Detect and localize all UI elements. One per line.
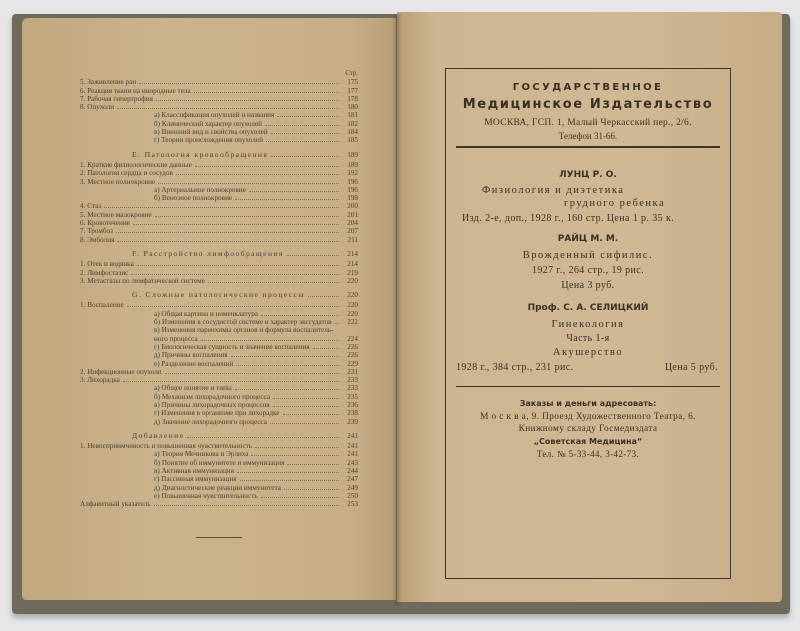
book-author: Проф. С. А. СЕЛИЦКИЙ <box>446 303 730 313</box>
dot-leader <box>240 480 339 481</box>
toc-entry-title: 1. Отек и водянка <box>80 260 134 268</box>
dot-leader <box>195 166 339 167</box>
toc-entry-title: 1. Воспаление <box>80 301 124 309</box>
toc-entry-page: 226 <box>342 351 358 359</box>
toc-entry-page: 220 <box>342 277 358 285</box>
dot-leader <box>273 398 339 399</box>
toc-entry: 3. Лихорадка233 <box>80 376 358 384</box>
dot-leader <box>127 306 339 307</box>
dot-leader <box>287 464 339 465</box>
toc-entry-title: 3. Метастазы по лимфатической системе <box>80 277 205 285</box>
toc-entry-title: в) Причины лихорадочных процессов <box>80 401 270 409</box>
toc-entry-title: 5. Местное малокровие <box>80 211 152 219</box>
page-column-header: Стр. <box>80 70 358 78</box>
dot-leader <box>117 108 339 109</box>
toc-entry-title: б) Клинический характер опухолей <box>80 120 262 128</box>
toc-entry-page: 253 <box>342 500 358 508</box>
dot-leader <box>266 141 339 142</box>
toc-entry-title: д) Значение лихорадочного процесса <box>80 418 267 426</box>
toc-entry: 1. Воспаление220 <box>80 301 358 309</box>
toc-entry-page: 189 <box>342 161 358 169</box>
toc-entry-title: а) Классификация опухолей и названия <box>80 111 274 119</box>
toc-entry: б) Механизм лихорадочного процесса235 <box>80 393 358 401</box>
toc-entry-page: 181 <box>342 111 358 119</box>
toc-entry: 2. Инфекционные опухоли231 <box>80 368 358 376</box>
toc-entry-page: 231 <box>342 368 358 376</box>
book-listing-selitsky: Проф. С. А. СЕЛИЦКИЙ Гинекология Часть 1… <box>446 303 730 373</box>
dot-leader <box>236 365 339 366</box>
toc-entry-title: G. Сложные патологические процессы <box>80 291 305 299</box>
toc-entry-title: е) Повышенная чувствительность <box>80 492 258 500</box>
toc-entry: а) Артериальное полнокровие196 <box>80 186 358 194</box>
toc-entry: г) Биологическая сущность и значение вос… <box>80 343 358 351</box>
toc-entry-page: 241 <box>342 442 358 450</box>
book-details: 1927 г., 264 стр., 19 рис. <box>446 265 730 276</box>
book-title: Врожденный сифилис. <box>446 250 730 261</box>
toc-entry-page: 244 <box>342 467 358 475</box>
dot-leader <box>249 191 339 192</box>
toc-entry-page: 200 <box>342 202 358 210</box>
toc-entry: 8. Эмболия211 <box>80 236 358 244</box>
dot-leader <box>187 437 339 438</box>
book-author: РАЙЦ М. М. <box>446 234 730 244</box>
book-title: Гинекология <box>446 319 730 330</box>
toc-entry-page: 175 <box>342 78 358 86</box>
toc-entry: д) Значение лихорадочного процесса239 <box>80 418 358 426</box>
toc-entry: 2. Патология сердца и сосудов192 <box>80 169 358 177</box>
dot-leader <box>116 232 339 233</box>
toc-entry-title: б) Механизм лихорадочного процесса <box>80 393 270 401</box>
toc-entry-title: в) Внешний вид и свойства опухолей <box>80 128 268 136</box>
toc-entry-page: 198 <box>342 194 358 202</box>
dot-leader <box>156 100 339 101</box>
toc-section-heading: F. Расстройство лимфообращения214 <box>80 250 358 258</box>
toc-entry: в) Внешний вид и свойства опухолей184 <box>80 128 358 136</box>
dot-leader <box>231 356 339 357</box>
toc-entry-page: 196 <box>342 186 358 194</box>
dot-leader <box>261 497 339 498</box>
toc-entry: в) Причины лихорадочных процессов236 <box>80 401 358 409</box>
toc-entry-page: 185 <box>342 136 358 144</box>
toc-entry: а) Общая картина и номенклатура220 <box>80 310 358 318</box>
end-rule <box>196 537 242 538</box>
toc-entry-title: 6. Кровотечение <box>80 219 130 227</box>
dot-leader <box>313 348 339 349</box>
toc-entry-title: 8. Эмболия <box>80 236 114 244</box>
toc-entry-title: 3. Местное полнокровие <box>80 178 155 186</box>
toc-entry: е) Повышенная чувствительность250 <box>80 492 358 500</box>
toc-entry-page: 239 <box>342 418 358 426</box>
toc-entry-page: 184 <box>342 128 358 136</box>
toc-entry-title: б) Изменения в сосудистой системе и хара… <box>80 318 332 326</box>
toc-entry-page: 178 <box>342 95 358 103</box>
publisher-line2: Медицинское Издательство <box>446 97 730 112</box>
book-title-cont: грудного ребенка <box>446 198 730 209</box>
toc-entry-page: 247 <box>342 475 358 483</box>
toc-entry: б) Изменения в сосудистой системе и хара… <box>80 318 358 326</box>
dot-leader <box>284 489 339 490</box>
toc-entry-page: 207 <box>342 227 358 235</box>
dot-leader <box>270 423 339 424</box>
toc-entry: г) Пассивная иммунизация247 <box>80 475 358 483</box>
toc-entry-page: 241 <box>342 450 358 458</box>
table-of-contents: Стр. 5. Заживление ран1756. Реакция ткан… <box>80 70 358 509</box>
toc-entry-page: 249 <box>342 484 358 492</box>
toc-entry-page: 222 <box>342 318 358 326</box>
toc-entry-title: 7. Рабочая гипертрофия <box>80 95 153 103</box>
toc-entry-title: е) Разделение воспалений <box>80 360 233 368</box>
toc-entry: д) Диагностические реакции иммунитета249 <box>80 484 358 492</box>
toc-entry: 4. Стаз200 <box>80 202 358 210</box>
dot-leader <box>277 116 339 117</box>
book-title: Физиология и диэтетика <box>446 185 730 196</box>
orders-heading: Заказы и деньги адресовать: <box>446 399 730 408</box>
toc-entry-page: 182 <box>342 120 358 128</box>
toc-entry: 5. Заживление ран175 <box>80 78 358 86</box>
toc-entry-title: в) Изменения паренхимы органов и формула… <box>80 326 334 334</box>
dot-leader <box>194 92 339 93</box>
toc-entry-title: Добавление <box>80 432 184 440</box>
toc-entry-page: 220 <box>342 310 358 318</box>
toc-entry-title: г) Биологическая сущность и значение вос… <box>80 343 310 351</box>
toc-entry: д) Причины воспаления226 <box>80 351 358 359</box>
toc-entry: Алфавитный указатель253 <box>80 500 358 508</box>
toc-entry-page: 189 <box>342 151 358 159</box>
book-price: Цена 3 руб. <box>446 280 730 291</box>
dot-leader <box>133 224 339 225</box>
toc-entry-title: 8. Опухоли <box>80 103 114 111</box>
toc-entry: б) Понятие об иммунитете и иммунизация24… <box>80 459 358 467</box>
toc-entry-page: 177 <box>342 87 358 95</box>
toc-section-heading: Е. Патология кровообращения189 <box>80 151 358 159</box>
toc-entry: а) Общее понятие и типы233 <box>80 384 358 392</box>
toc-entry: 3. Местное полнокровие196 <box>80 178 358 186</box>
toc-entry-title: 7. Тромбоз <box>80 227 113 235</box>
toc-entry: 6. Кровотечение204 <box>80 219 358 227</box>
toc-entry-title: в) Активная иммунизация <box>80 467 234 475</box>
dot-leader <box>287 255 339 256</box>
toc-entry-title: 1. Краткие физиологические данные <box>80 161 192 169</box>
book-author: ЛУНЦ Р. О. <box>446 170 730 180</box>
toc-entry: 1. Отек и водянка214 <box>80 260 358 268</box>
toc-entry-page: 226 <box>342 343 358 351</box>
book-price: Цена 5 руб. <box>665 362 718 373</box>
toc-entry-title: 5. Заживление ран <box>80 78 136 86</box>
orders-warehouse: Книжному складу Госмедиздата <box>446 424 730 434</box>
toc-entry-title: г) Изменения в организме при лихорадке <box>80 409 280 417</box>
toc-entry: 2. Лимфостазис219 <box>80 269 358 277</box>
book-part: Часть 1-я <box>446 333 730 344</box>
toc-entry: 7. Рабочая гипертрофия178 <box>80 95 358 103</box>
toc-entry-title: 2. Инфекционные опухоли <box>80 368 162 376</box>
toc-entry-page: 229 <box>342 360 358 368</box>
dot-leader <box>123 381 339 382</box>
toc-entry: в) Активная иммунизация244 <box>80 467 358 475</box>
toc-entry-page: 192 <box>342 169 358 177</box>
toc-entry-page: 204 <box>342 219 358 227</box>
toc-entry-page: 241 <box>342 432 358 440</box>
book-details: Изд. 2-е, доп., 1928 г., 160 стр. Цена 1… <box>446 213 730 224</box>
toc-entry: 3. Метастазы по лимфатической системе220 <box>80 277 358 285</box>
toc-entry-title: 3. Лихорадка <box>80 376 120 384</box>
toc-entry-page: 196 <box>342 178 358 186</box>
toc-entry-title: а) Общее понятие и типы <box>80 384 232 392</box>
toc-entry: 1. Невосприимчивость и повышенная чувств… <box>80 442 358 450</box>
dot-leader <box>176 174 339 175</box>
toc-entry: в) Изменения паренхимы органов и формула… <box>80 326 358 334</box>
orders-address: М о с к в а, 9. Проезд Художественного Т… <box>446 412 730 422</box>
toc-entry-title: Е. Патология кровообращения <box>80 151 268 159</box>
dot-leader <box>155 216 339 217</box>
dot-leader <box>165 373 339 374</box>
toc-entry-title: г) Пассивная иммунизация <box>80 475 237 483</box>
toc-entry: ного процесса224 <box>80 335 358 343</box>
toc-entry-title: 2. Патология сердца и сосудов <box>80 169 173 177</box>
toc-entry-page: 180 <box>342 103 358 111</box>
divider <box>456 146 720 148</box>
dot-leader <box>201 340 339 341</box>
toc-entry: е) Разделение воспалений229 <box>80 360 358 368</box>
book-details: 1928 г., 384 стр., 231 рис. <box>456 362 574 373</box>
dot-leader <box>104 207 339 208</box>
dot-leader <box>237 472 339 473</box>
toc-entry-page: 219 <box>342 269 358 277</box>
dot-leader <box>255 447 339 448</box>
toc-entry: б) Клинический характер опухолей182 <box>80 120 358 128</box>
toc-entry-page: 201 <box>342 211 358 219</box>
toc-entry-title: г) Теории происхождения опухолей <box>80 136 263 144</box>
toc-entry: 1. Краткие физиологические данные189 <box>80 161 358 169</box>
dot-leader <box>117 241 339 242</box>
divider <box>456 386 720 388</box>
publisher-line1: ГОСУДАРСТВЕННОЕ <box>446 82 730 93</box>
toc-entry-title: 2. Лимфостазис <box>80 269 128 277</box>
dot-leader <box>271 156 339 157</box>
toc-entry-page: 250 <box>342 492 358 500</box>
dot-leader <box>265 125 339 126</box>
toc-entry-page: 233 <box>342 384 358 392</box>
orders-org-name: „Советская Медицина“ <box>446 437 730 446</box>
toc-entry-title: б) Понятие об иммунитете и иммунизация <box>80 459 284 467</box>
dot-leader <box>251 455 339 456</box>
toc-entry-title: а) Теория Мечникова и Эрлиха <box>80 450 248 458</box>
toc-entry-page: 224 <box>342 335 358 343</box>
toc-entry-title: д) Диагностические реакции иммунитета <box>80 484 281 492</box>
toc-entry-title: 4. Стаз <box>80 202 101 210</box>
publisher-advertisement: ГОСУДАРСТВЕННОЕ Медицинское Издательство… <box>445 68 731 579</box>
dot-leader <box>235 389 339 390</box>
dot-leader <box>283 414 340 415</box>
dot-leader <box>131 274 339 275</box>
toc-entry-title: д) Причины воспаления <box>80 351 228 359</box>
dot-leader <box>335 323 339 324</box>
book-subtitle: Акушерство <box>446 347 730 358</box>
toc-entry-page: 214 <box>342 250 358 258</box>
orders-info: Заказы и деньги адресовать: М о с к в а,… <box>446 399 730 459</box>
toc-entry-title: F. Расстройство лимфообращения <box>80 250 284 258</box>
toc-entry-title: 1. Невосприимчивость и повышенная чувств… <box>80 442 252 450</box>
toc-section-heading: Добавление241 <box>80 432 358 440</box>
dot-leader <box>208 282 339 283</box>
toc-entry: а) Теория Мечникова и Эрлиха241 <box>80 450 358 458</box>
toc-entry-title: 6. Реакция ткани на инородные тела <box>80 87 191 95</box>
toc-entry-title: а) Артериальное полнокровие <box>80 186 246 194</box>
dot-leader <box>271 133 339 134</box>
toc-entry-page: 236 <box>342 401 358 409</box>
dot-leader <box>235 199 339 200</box>
toc-entry-title: а) Общая картина и номенклатура <box>80 310 258 318</box>
toc-entry-page: 211 <box>342 236 358 244</box>
dot-leader <box>139 83 339 84</box>
dot-leader <box>137 265 339 266</box>
book-listing-lunts: ЛУНЦ Р. О. Физиология и диэтетика грудно… <box>446 170 730 224</box>
toc-entry: г) Теории происхождения опухолей185 <box>80 136 358 144</box>
toc-entry: 5. Местное малокровие201 <box>80 211 358 219</box>
toc-entry-title: ного процесса <box>80 335 198 343</box>
book-listing-raits: РАЙЦ М. М. Врожденный сифилис. 1927 г., … <box>446 234 730 291</box>
toc-entry-title: Алфавитный указатель <box>80 500 151 508</box>
toc-entry-title: б) Венозное полнокровие <box>80 194 232 202</box>
toc-entry-page: 214 <box>342 260 358 268</box>
dot-leader <box>158 183 339 184</box>
toc-entry: б) Венозное полнокровие198 <box>80 194 358 202</box>
toc-entry: 6. Реакция ткани на инородные тела177 <box>80 87 358 95</box>
orders-phone: Тел. № 5-33-44, 3-42-73. <box>446 449 730 459</box>
publisher-phone: Телефон 31-66. <box>446 131 730 141</box>
toc-entry-page: 243 <box>342 459 358 467</box>
dot-leader <box>273 406 339 407</box>
toc-entry: 7. Тромбоз207 <box>80 227 358 235</box>
toc-entry: 8. Опухоли180 <box>80 103 358 111</box>
toc-entry: г) Изменения в организме при лихорадке23… <box>80 409 358 417</box>
dot-leader <box>154 505 339 506</box>
book-gutter <box>392 14 402 606</box>
dot-leader <box>261 315 339 316</box>
toc-entry-page: 235 <box>342 393 358 401</box>
toc-entry: а) Классификация опухолей и названия181 <box>80 111 358 119</box>
toc-entry-page: 233 <box>342 376 358 384</box>
publisher-address: МОСКВА, ГСП. 1, Малый Черкасский пер., 2… <box>446 118 730 128</box>
dot-leader <box>308 296 339 297</box>
toc-entry-page: 238 <box>342 409 358 417</box>
toc-entry-page: 220 <box>342 301 358 309</box>
toc-section-heading: G. Сложные патологические процессы220 <box>80 291 358 299</box>
toc-entry-page: 220 <box>342 291 358 299</box>
